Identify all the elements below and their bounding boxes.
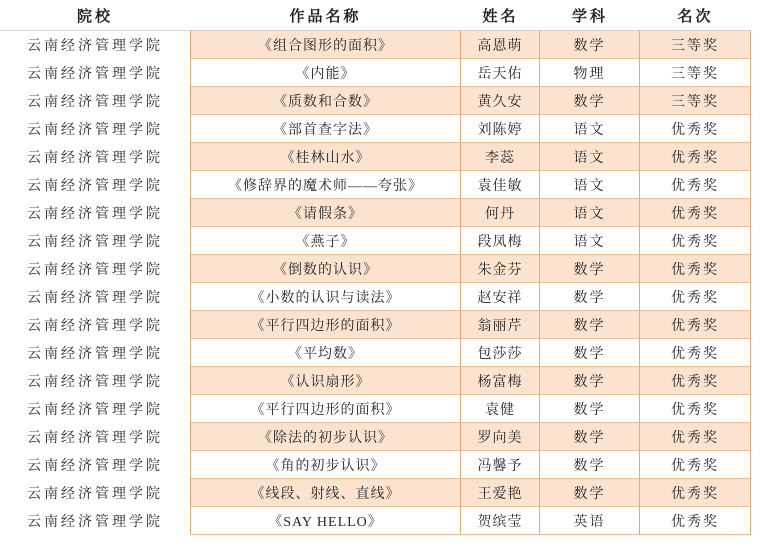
cell-name: 高恩萌 (461, 31, 540, 59)
cell-award: 优秀奖 (640, 227, 751, 255)
cell-school: 云南经济管理学院 (0, 395, 190, 423)
table-body: 云南经济管理学院《组合图形的面积》高恩萌数学三等奖云南经济管理学院《内能》岳天佑… (0, 31, 751, 535)
cell-title: 《倒数的认识》 (190, 255, 461, 283)
column-header-award: 名次 (640, 0, 751, 30)
cell-school: 云南经济管理学院 (0, 171, 190, 199)
cell-subject: 语文 (540, 199, 640, 227)
cell-subject: 数学 (540, 311, 640, 339)
cell-name: 袁佳敏 (461, 171, 540, 199)
cell-name: 包莎莎 (461, 339, 540, 367)
column-header-subject: 学科 (540, 0, 640, 30)
cell-title: 《修辞界的魔术师——夸张》 (190, 171, 461, 199)
cell-title: 《平行四边形的面积》 (190, 395, 461, 423)
table-row: 云南经济管理学院《桂林山水》李蕊语文优秀奖 (0, 143, 751, 171)
cell-title: 《角的初步认识》 (190, 451, 461, 479)
table-row: 云南经济管理学院《线段、射线、直线》王爱艳数学优秀奖 (0, 479, 751, 507)
cell-name: 赵安祥 (461, 283, 540, 311)
table-row: 云南经济管理学院《小数的认识与读法》赵安祥数学优秀奖 (0, 283, 751, 311)
table-row: 云南经济管理学院《请假条》何丹语文优秀奖 (0, 199, 751, 227)
cell-title: 《请假条》 (190, 199, 461, 227)
cell-name: 刘陈婷 (461, 115, 540, 143)
cell-school: 云南经济管理学院 (0, 59, 190, 87)
cell-school: 云南经济管理学院 (0, 479, 190, 507)
cell-name: 冯馨予 (461, 451, 540, 479)
cell-subject: 数学 (540, 451, 640, 479)
cell-school: 云南经济管理学院 (0, 339, 190, 367)
cell-subject: 数学 (540, 367, 640, 395)
cell-name: 岳天佑 (461, 59, 540, 87)
cell-award: 优秀奖 (640, 143, 751, 171)
cell-award: 优秀奖 (640, 255, 751, 283)
cell-title: 《桂林山水》 (190, 143, 461, 171)
cell-name: 段凤梅 (461, 227, 540, 255)
cell-name: 朱金芬 (461, 255, 540, 283)
cell-school: 云南经济管理学院 (0, 423, 190, 451)
cell-title: 《质数和合数》 (190, 87, 461, 115)
cell-award: 优秀奖 (640, 339, 751, 367)
table-row: 云南经济管理学院《组合图形的面积》高恩萌数学三等奖 (0, 31, 751, 59)
cell-name: 袁健 (461, 395, 540, 423)
cell-subject: 数学 (540, 283, 640, 311)
cell-award: 三等奖 (640, 31, 751, 59)
cell-title: 《SAY HELLO》 (190, 507, 461, 535)
cell-subject: 语文 (540, 143, 640, 171)
cell-award: 优秀奖 (640, 395, 751, 423)
table-row: 云南经济管理学院《质数和合数》黄久安数学三等奖 (0, 87, 751, 115)
cell-award: 三等奖 (640, 87, 751, 115)
table-row: 云南经济管理学院《部首查字法》刘陈婷语文优秀奖 (0, 115, 751, 143)
cell-title: 《线段、射线、直线》 (190, 479, 461, 507)
cell-name: 王爱艳 (461, 479, 540, 507)
cell-school: 云南经济管理学院 (0, 87, 190, 115)
table-row: 云南经济管理学院《除法的初步认识》罗向美数学优秀奖 (0, 423, 751, 451)
cell-name: 何丹 (461, 199, 540, 227)
cell-school: 云南经济管理学院 (0, 255, 190, 283)
cell-name: 李蕊 (461, 143, 540, 171)
column-header-school: 院校 (0, 0, 190, 30)
cell-subject: 数学 (540, 87, 640, 115)
cell-school: 云南经济管理学院 (0, 143, 190, 171)
cell-subject: 语文 (540, 227, 640, 255)
table-row: 云南经济管理学院《修辞界的魔术师——夸张》袁佳敏语文优秀奖 (0, 171, 751, 199)
cell-award: 优秀奖 (640, 479, 751, 507)
cell-subject: 数学 (540, 479, 640, 507)
cell-school: 云南经济管理学院 (0, 227, 190, 255)
cell-school: 云南经济管理学院 (0, 311, 190, 339)
cell-subject: 数学 (540, 339, 640, 367)
cell-name: 贺缤莹 (461, 507, 540, 535)
cell-subject: 语文 (540, 115, 640, 143)
cell-school: 云南经济管理学院 (0, 115, 190, 143)
cell-title: 《燕子》 (190, 227, 461, 255)
table-row: 云南经济管理学院《平均数》包莎莎数学优秀奖 (0, 339, 751, 367)
cell-title: 《组合图形的面积》 (190, 31, 461, 59)
cell-school: 云南经济管理学院 (0, 199, 190, 227)
cell-school: 云南经济管理学院 (0, 283, 190, 311)
cell-award: 优秀奖 (640, 283, 751, 311)
cell-school: 云南经济管理学院 (0, 31, 190, 59)
cell-subject: 数学 (540, 423, 640, 451)
cell-award: 优秀奖 (640, 115, 751, 143)
cell-subject: 数学 (540, 255, 640, 283)
cell-subject: 数学 (540, 31, 640, 59)
cell-title: 《平均数》 (190, 339, 461, 367)
awards-table: 院校 作品名称 姓名 学科 名次 云南经济管理学院《组合图形的面积》高恩萌数学三… (0, 0, 751, 535)
table-row: 云南经济管理学院《SAY HELLO》贺缤莹英语优秀奖 (0, 507, 751, 535)
table-row: 云南经济管理学院《平行四边形的面积》袁健数学优秀奖 (0, 395, 751, 423)
cell-name: 杨富梅 (461, 367, 540, 395)
cell-school: 云南经济管理学院 (0, 507, 190, 535)
cell-award: 优秀奖 (640, 423, 751, 451)
cell-award: 优秀奖 (640, 311, 751, 339)
cell-title: 《内能》 (190, 59, 461, 87)
table-row: 云南经济管理学院《角的初步认识》冯馨予数学优秀奖 (0, 451, 751, 479)
cell-award: 优秀奖 (640, 507, 751, 535)
table-row: 云南经济管理学院《倒数的认识》朱金芬数学优秀奖 (0, 255, 751, 283)
column-header-title: 作品名称 (190, 0, 461, 30)
table-row: 云南经济管理学院《燕子》段凤梅语文优秀奖 (0, 227, 751, 255)
cell-award: 三等奖 (640, 59, 751, 87)
table-row: 云南经济管理学院《平行四边形的面积》翁丽芹数学优秀奖 (0, 311, 751, 339)
column-header-name: 姓名 (461, 0, 540, 30)
cell-award: 优秀奖 (640, 199, 751, 227)
cell-name: 罗向美 (461, 423, 540, 451)
cell-title: 《平行四边形的面积》 (190, 311, 461, 339)
cell-subject: 数学 (540, 395, 640, 423)
cell-subject: 语文 (540, 171, 640, 199)
cell-school: 云南经济管理学院 (0, 367, 190, 395)
cell-name: 翁丽芹 (461, 311, 540, 339)
table-header-row: 院校 作品名称 姓名 学科 名次 (0, 0, 751, 31)
table-row: 云南经济管理学院《认识扇形》杨富梅数学优秀奖 (0, 367, 751, 395)
cell-title: 《部首查字法》 (190, 115, 461, 143)
table-row: 云南经济管理学院《内能》岳天佑物理三等奖 (0, 59, 751, 87)
cell-subject: 物理 (540, 59, 640, 87)
cell-title: 《除法的初步认识》 (190, 423, 461, 451)
cell-award: 优秀奖 (640, 367, 751, 395)
cell-school: 云南经济管理学院 (0, 451, 190, 479)
cell-subject: 英语 (540, 507, 640, 535)
cell-title: 《认识扇形》 (190, 367, 461, 395)
cell-award: 优秀奖 (640, 451, 751, 479)
cell-name: 黄久安 (461, 87, 540, 115)
cell-award: 优秀奖 (640, 171, 751, 199)
cell-title: 《小数的认识与读法》 (190, 283, 461, 311)
